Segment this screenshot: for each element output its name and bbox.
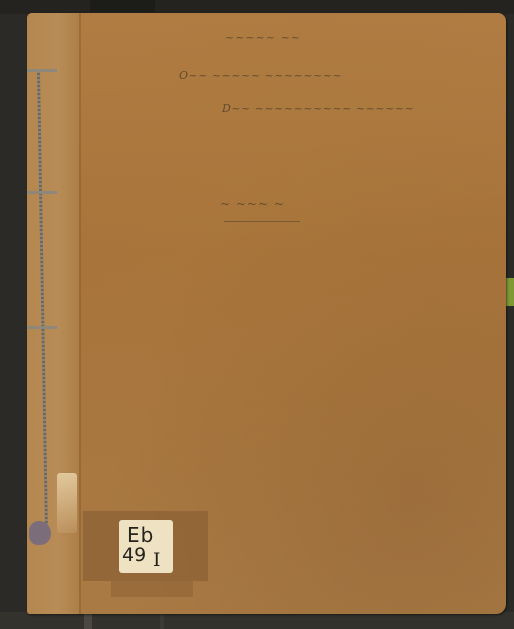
handwritten-line-1: ~~~~~ ~~	[225, 31, 301, 44]
spine-fold	[79, 13, 81, 614]
handwritten-signature: ~ ~~~ ~	[220, 197, 285, 211]
binding-stitch	[27, 69, 57, 72]
handwritten-line-2: O~~ ~~~~~ ~~~~~~~~	[179, 69, 342, 82]
thread-knot	[29, 521, 51, 545]
background-top	[0, 0, 514, 14]
background-bottom	[0, 612, 514, 629]
book-cover: ~~~~~ ~~ O~~ ~~~~~ ~~~~~~~~ D~~ ~~~~~~~~…	[27, 13, 506, 614]
call-number-number: 49	[122, 544, 146, 566]
call-number-volume: I	[153, 549, 161, 571]
binding-stitch	[27, 326, 57, 329]
label-discoloration-lower	[111, 581, 193, 597]
handwritten-line-3: D~~ ~~~~~~~~~~ ~~~~~~	[222, 102, 414, 115]
book-stand	[84, 612, 92, 629]
green-bookmark-tab	[505, 278, 514, 306]
tape-repair	[57, 473, 77, 533]
signature-underline	[224, 221, 300, 222]
background-post	[90, 0, 155, 12]
book-stand-edge	[160, 612, 164, 629]
call-number-label: Eb 49 I	[119, 520, 173, 573]
binding-stitch	[27, 191, 57, 194]
